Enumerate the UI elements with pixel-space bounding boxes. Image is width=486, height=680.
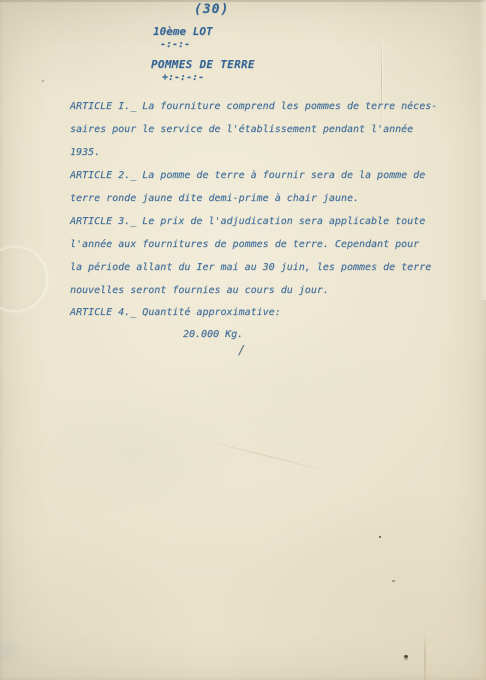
body-line-article-2: ARTICLE 2._ La pomme de terre à fournir …: [70, 170, 425, 182]
paper-speck: [404, 655, 408, 658]
paper-speck: [42, 80, 44, 82]
page-number: (30): [194, 4, 229, 16]
body-line: l'année aux fournitures de pommes de ter…: [70, 239, 419, 251]
paper-speck: [392, 580, 395, 582]
ink-smudge: [0, 638, 22, 664]
embossed-watermark: [0, 246, 48, 312]
body-line: la période allant du Ier mai au 30 juin,…: [70, 262, 431, 274]
body-line-year: 1935.: [70, 147, 100, 159]
body-line: terre ronde jaune dite demi-prime à chai…: [70, 193, 359, 205]
body-line-article-4: ARTICLE 4._ Quantité approximative:: [70, 307, 281, 319]
quantity-value: 20.000 Kg.: [183, 329, 243, 341]
paper-speck: [379, 536, 381, 538]
body-line: saires pour le service de l'établissemen…: [70, 124, 413, 136]
paper-crease-middle: [192, 437, 338, 474]
lot-heading: 10ème LOT: [153, 26, 213, 38]
paper-edge-highlight: [479, 0, 486, 300]
lot-heading-underline: -:-:-: [160, 39, 190, 51]
paper-fold-bottom-right: [424, 634, 426, 680]
body-line-article-1: ARTICLE I._ La fourniture comprend les p…: [70, 101, 437, 113]
scanned-document-page: (30) 10ème LOT -:-:- POMMES DE TERRE +:-…: [0, 0, 486, 680]
paper-crease-top-right: [381, 36, 382, 131]
stray-pen-mark: /: [238, 344, 245, 356]
document-title: POMMES DE TERRE: [151, 59, 255, 71]
body-line-article-3: ARTICLE 3._ Le prix de l'adjudication se…: [70, 216, 425, 228]
body-line: nouvelles seront fournies au cours du jo…: [70, 285, 329, 297]
document-title-underline: +:-:-:-: [162, 72, 204, 84]
scan-edge-shadow: [0, 0, 486, 2]
